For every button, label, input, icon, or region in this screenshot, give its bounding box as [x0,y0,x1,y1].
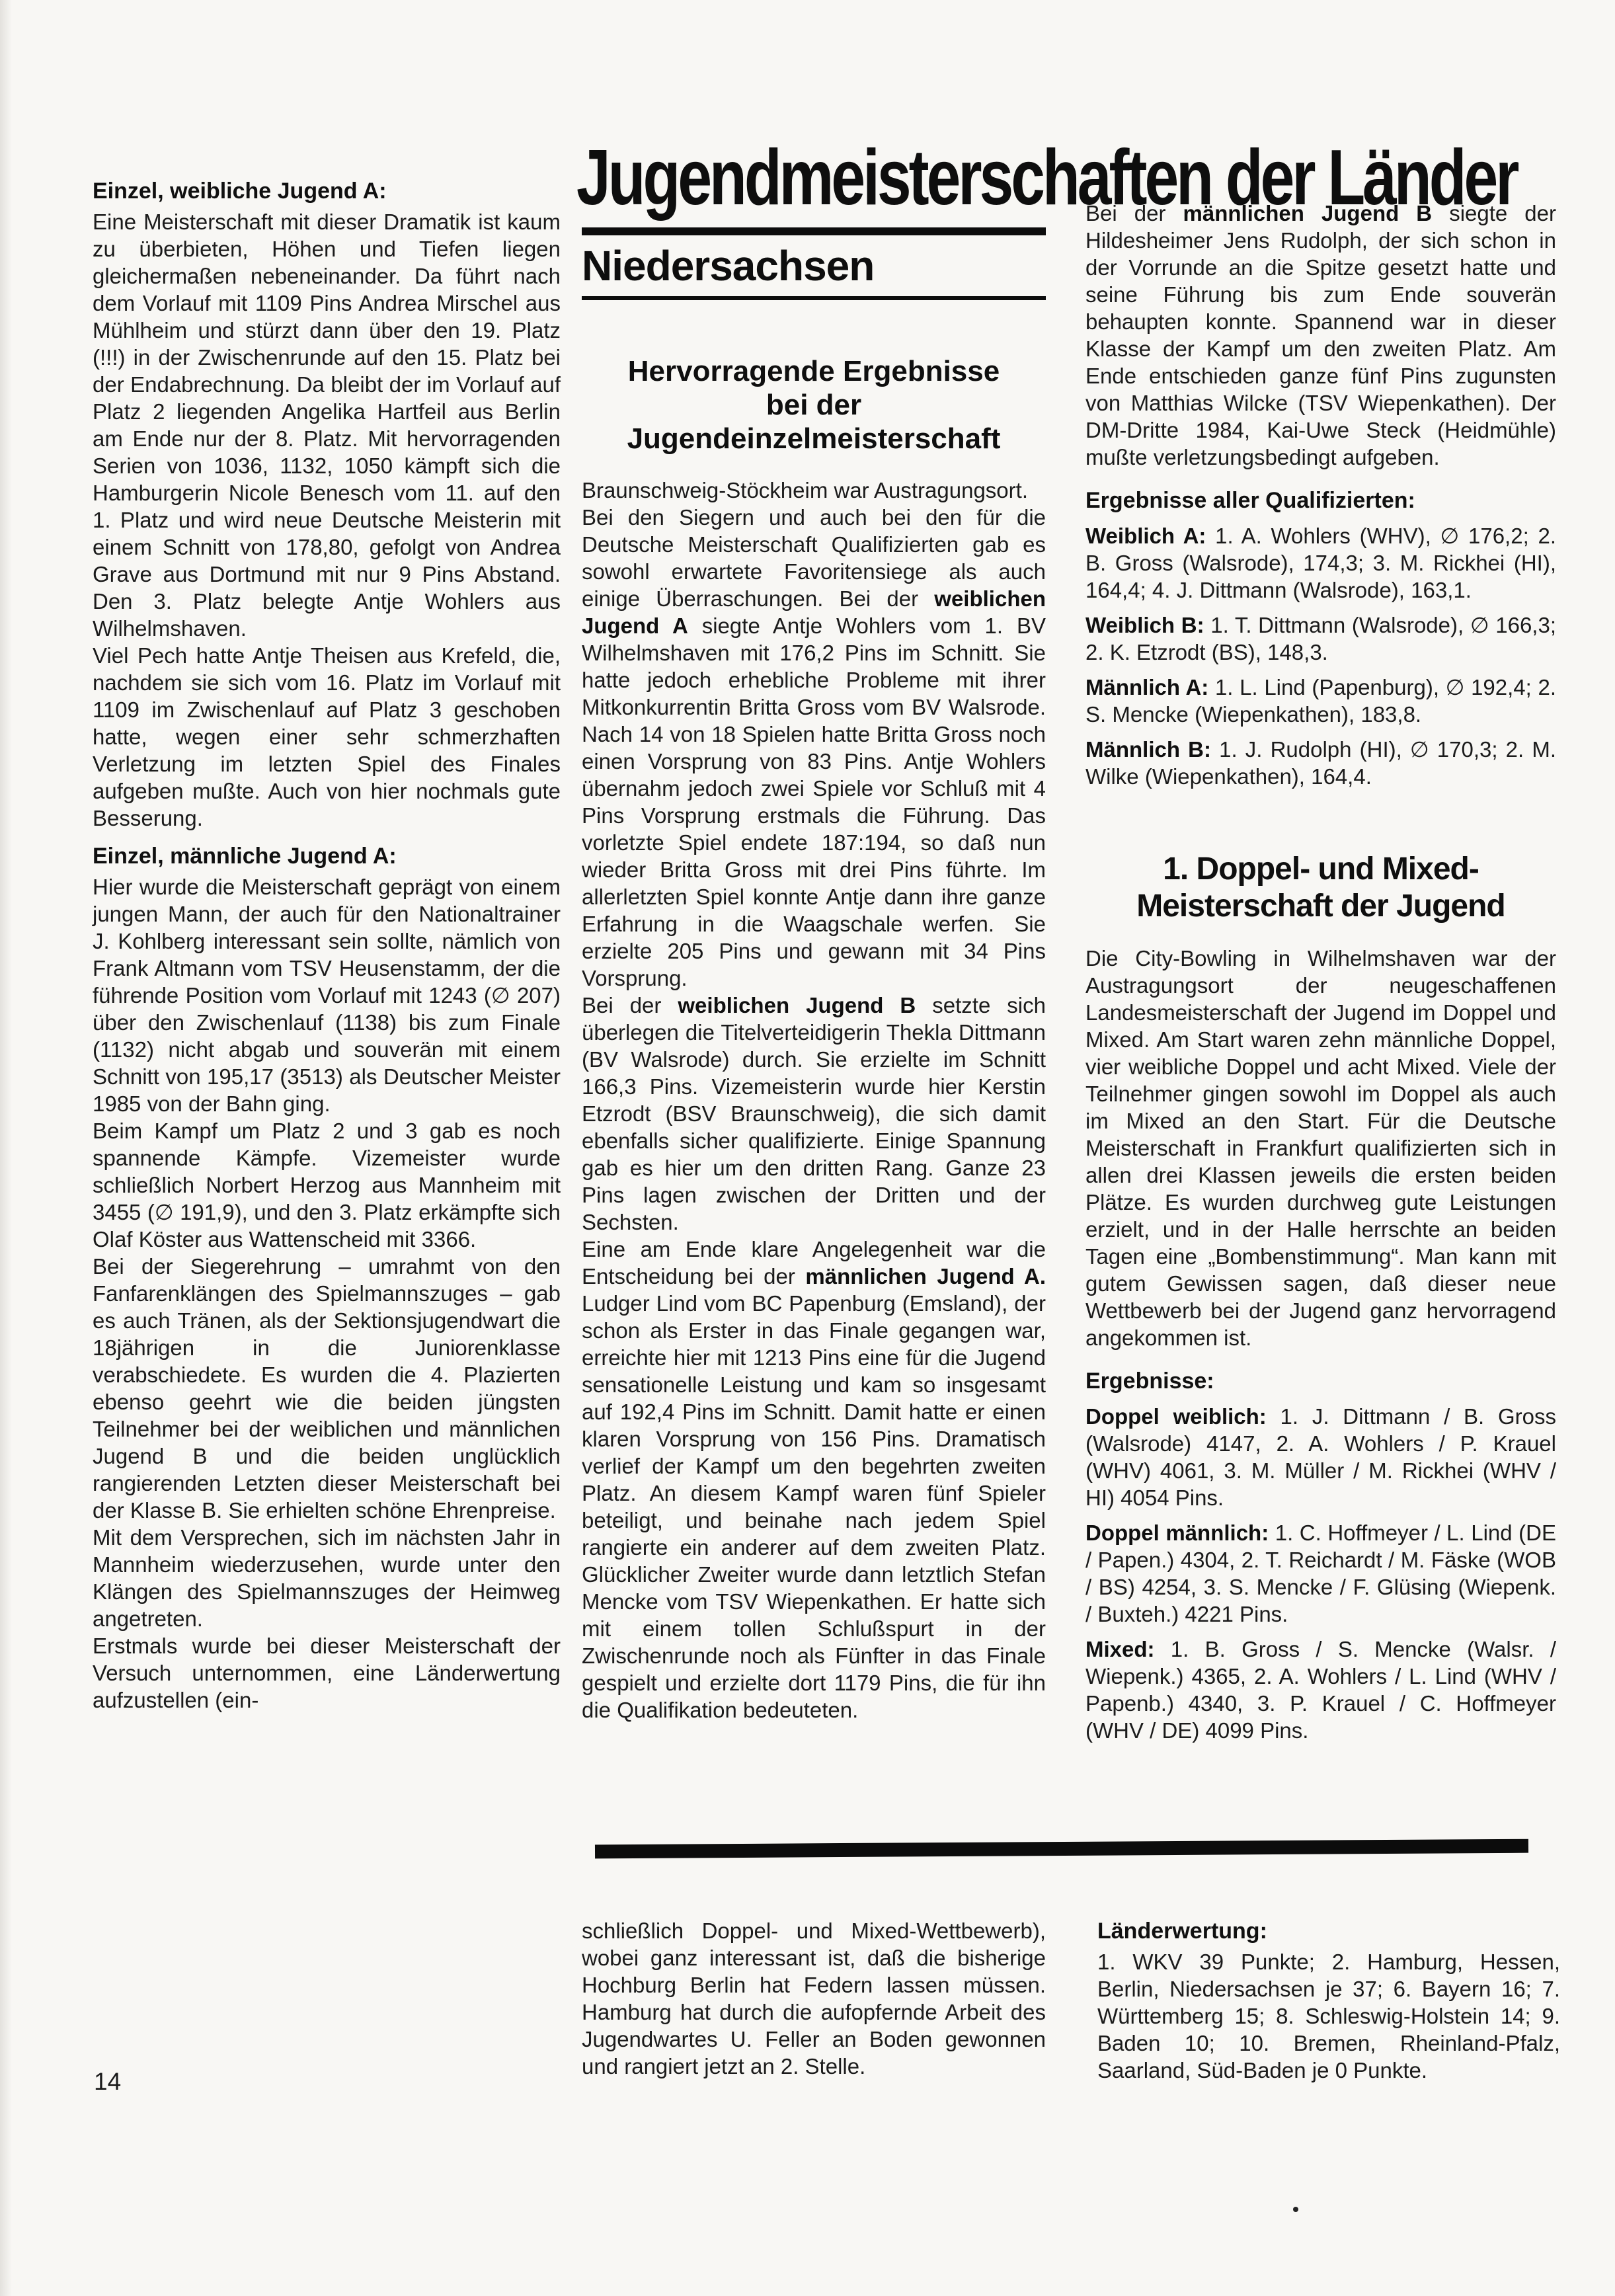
subheading-einzel-weibliche-jugend-a: Einzel, weibliche Jugend A: [93,177,561,205]
paragraph: Bei den Siegern und auch bei den für die… [582,504,1046,992]
subheading-ergebnisse: Ergebnisse: [1085,1367,1556,1395]
subheading-ergebnisse-aller-qualifizierten: Ergebnisse aller Qualifizierten: [1085,487,1556,514]
subheadline-line: Meisterschaft der Jugend [1085,888,1556,925]
result-weiblich-b: Weiblich B: 1. T. Dittmann (Walsrode), ∅… [1085,612,1556,666]
paragraph: Hier wurde die Meisterschaft geprägt von… [93,873,561,1117]
paragraph: Erstmals wurde bei dieser Meisterschaft … [93,1632,561,1714]
paragraph: Mit dem Versprechen, sich im nächsten Ja… [93,1524,561,1632]
paragraph: Braunschweig-Stöckheim war Austragungsor… [582,477,1046,504]
subheadline-doppel-mixed-meisterschaft: 1. Doppel- und Mixed- Meisterschaft der … [1085,851,1556,925]
subheadline-line: Hervorragende Ergebnisse [582,354,1046,388]
ink-dot [1293,2207,1298,2212]
subheadline-jugendeinzelmeisterschaft: Hervorragende Ergebnisse bei der Jugende… [582,354,1046,455]
subheadline-line: bei der [582,388,1046,422]
column-right: Bei der männlichen Jugend B siegte der H… [1085,200,1556,1744]
section-title-niedersachsen: Niedersachsen [582,245,1046,287]
subheading-laenderwertung: Länderwertung: [1097,1917,1560,1945]
result-weiblich-a: Weiblich A: 1. A. Wohlers (WHV), ∅ 176,2… [1085,522,1556,604]
paragraph: Bei der männlichen Jugend B siegte der H… [1085,200,1556,471]
paragraph: Beim Kampf um Platz 2 und 3 gab es noch … [93,1117,561,1253]
subheading-einzel-maennliche-jugend-a: Einzel, männliche Jugend A: [93,842,561,870]
column-right-bottom: Länderwertung: 1. WKV 39 Punkte; 2. Hamb… [1097,1917,1560,2084]
paragraph: Die City-Bowling in Wilhelmshaven war de… [1085,945,1556,1351]
paragraph: schließlich Doppel- und Mixed-Wettbewerb… [582,1917,1046,2080]
result-doppel-weiblich: Doppel weiblich: 1. J. Dittmann / B. Gro… [1085,1403,1556,1511]
result-doppel-maennlich: Doppel männlich: 1. C. Hoffmeyer / L. Li… [1085,1519,1556,1628]
rule-above-region [582,227,1046,235]
paragraph: 1. WKV 39 Punkte; 2. Hamburg, Hessen, Be… [1097,1948,1560,2084]
paragraph: Eine am Ende klare Angelegenheit war die… [582,1236,1046,1723]
rule-below-region [582,296,1046,300]
subheadline-line: 1. Doppel- und Mixed- [1085,851,1556,888]
scan-edge-shadow [0,0,12,2296]
section-divider-bar [595,1839,1528,1859]
result-mixed: Mixed: 1. B. Gross / S. Mencke (Walsr. /… [1085,1636,1556,1744]
paragraph: Eine Meisterschaft mit dieser Dramatik i… [93,208,561,642]
result-maennlich-b: Männlich B: 1. J. Rudolph (HI), ∅ 170,3;… [1085,736,1556,790]
paragraph: Viel Pech hatte Antje Theisen aus Krefel… [93,642,561,832]
paragraph: Bei der Siegerehrung – umrahmt von den F… [93,1253,561,1524]
result-maennlich-a: Männlich A: 1. L. Lind (Papenburg), ∅ 19… [1085,674,1556,728]
column-left: Einzel, weibliche Jugend A: Eine Meister… [93,177,561,1714]
column-middle: Niedersachsen Hervorragende Ergebnisse b… [582,227,1046,1723]
magazine-page: Jugendmeisterschaften der Länder Einzel,… [0,0,1615,2296]
column-middle-bottom: schließlich Doppel- und Mixed-Wettbewerb… [582,1917,1046,2080]
subheadline-line: Jugendeinzelmeisterschaft [582,422,1046,455]
paragraph: Bei der weiblichen Jugend B setzte sich … [582,992,1046,1236]
page-number: 14 [94,2068,121,2096]
